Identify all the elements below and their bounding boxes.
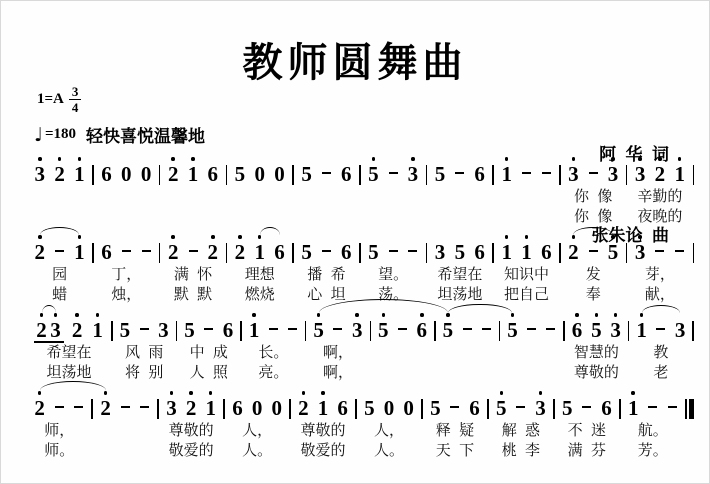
- lyric-verse-2: 将 别: [113, 363, 176, 383]
- dash-token: [53, 391, 65, 408]
- lyric-verse-1: 丁，: [94, 265, 159, 285]
- time-signature: 3 4: [69, 85, 82, 114]
- note-token: 6: [337, 391, 349, 419]
- lyric-verse-1: [93, 421, 157, 441]
- dash-token: [480, 313, 492, 330]
- note-token: 6: [474, 235, 486, 263]
- dash-token: [187, 235, 199, 252]
- dash-token: [655, 313, 667, 330]
- note-token: 2: [71, 313, 83, 341]
- lyric-verse-1: [361, 187, 426, 207]
- note-token: 6: [540, 235, 552, 263]
- note-token: 6: [474, 157, 486, 185]
- note-token: 5: [363, 391, 375, 419]
- dash-token: [138, 313, 150, 330]
- measure: 5: [500, 313, 563, 383]
- dash-token: [139, 391, 151, 408]
- slur: [448, 304, 513, 313]
- score-line-1: 321600216500565356133你 像你 像321辛勤的夜晚的: [27, 157, 694, 227]
- dash-token: [647, 391, 659, 408]
- measure: 600人，人。: [225, 391, 289, 461]
- lyric-verse-1: 教: [629, 343, 692, 363]
- dash-token: [654, 235, 666, 252]
- lyric-verse-1: 人，: [357, 421, 421, 441]
- lyric-verse-1: 尊敬的: [291, 421, 355, 441]
- lyric-verse-1: [427, 187, 492, 207]
- final-barline: [685, 399, 694, 419]
- note-token: 6: [340, 157, 352, 185]
- note-token: 1: [501, 235, 513, 263]
- note-token: 6: [101, 235, 113, 263]
- lyric-verse-2: 燃烧: [227, 285, 292, 305]
- lyric-verse-1: 智慧的: [565, 343, 628, 363]
- note-token: 2: [167, 157, 179, 185]
- note-token: 2: [234, 235, 246, 263]
- dash-token: [287, 313, 299, 330]
- note-token: 1: [205, 391, 217, 419]
- dash-token: [461, 313, 473, 330]
- lyric-verse-2: 师。: [27, 441, 91, 461]
- measure: 2321希望在坦荡地: [27, 313, 111, 383]
- note-token: 1: [501, 157, 513, 185]
- key-label: 1=A: [37, 91, 64, 108]
- note-token: 2: [34, 391, 46, 419]
- lyric-verse-2: [227, 207, 292, 227]
- lyric-verse-2: 人 照: [177, 363, 240, 383]
- lyric-verse-2: 敬爱的: [291, 441, 355, 461]
- note-token: 5: [367, 157, 379, 185]
- dash-token: [140, 235, 152, 252]
- note-token: 3: [674, 313, 686, 341]
- dash-token: [407, 235, 419, 252]
- note-token: 6: [469, 391, 481, 419]
- measure: 53啊，啊，: [306, 313, 369, 383]
- measure: 500人，人。: [357, 391, 421, 461]
- lyric-verse-2: 献，: [627, 285, 692, 305]
- measure: 13教老: [629, 313, 692, 383]
- lyric-verse-1: 不 迷: [555, 421, 619, 441]
- lyric-verse-1: [227, 187, 292, 207]
- lyric-verse-2: 人。: [225, 441, 289, 461]
- note-token: 3: [567, 157, 579, 185]
- lyric-verse-1: 长。: [242, 343, 305, 363]
- lyric-verse-2: [436, 363, 499, 383]
- lyric-verse-1: [160, 187, 225, 207]
- measure: 5望。荡。: [361, 235, 426, 305]
- measure: 53风 雨将 别: [113, 313, 176, 383]
- measure: 600: [94, 157, 159, 227]
- dash-token: [587, 235, 599, 252]
- measure: 22满 怀默 默: [160, 235, 225, 305]
- note-token: 5: [301, 235, 313, 263]
- note-token: 5: [183, 313, 195, 341]
- lyric-verse-2: 亮。: [242, 363, 305, 383]
- measure: 2: [93, 391, 157, 461]
- lyric-verse-1: 航。: [621, 421, 685, 441]
- lyric-verse-1: [27, 187, 92, 207]
- lyric-verse-2: 坦荡地: [427, 285, 492, 305]
- lyric-verse-1: 希望在: [427, 265, 492, 285]
- lyric-verse-2: [294, 207, 359, 227]
- note-token: 1: [627, 391, 639, 419]
- lyric-verse-2: 满 芬: [555, 441, 619, 461]
- note-token: 2: [100, 391, 112, 419]
- note-token: 1: [254, 235, 266, 263]
- lyric-verse-2: 把自己: [494, 285, 559, 305]
- slur: [260, 227, 280, 235]
- note-token: 1: [317, 391, 329, 419]
- lyric-verse-2: 默 默: [160, 285, 225, 305]
- note-token: 2: [34, 235, 46, 263]
- measure: 56中 成人 照: [177, 313, 240, 383]
- note-token: 3: [434, 235, 446, 263]
- rest-token: 0: [120, 157, 132, 185]
- lyric-verse-1: 尊敬的: [159, 421, 223, 441]
- measure: 321尊敬的敬爱的: [159, 391, 223, 461]
- note-token: 5: [442, 313, 454, 341]
- dash-token: [449, 391, 461, 408]
- lyric-verse-2: 心 坦: [294, 285, 359, 305]
- lyric-verse-1: [494, 187, 559, 207]
- lyric-verse-1: 知识中: [494, 265, 559, 285]
- rest-token: 0: [251, 391, 263, 419]
- lyric-verse-2: 敬爱的: [159, 441, 223, 461]
- notation-area: 321600216500565356133你 像你 像321辛勤的夜晚的21园蜡…: [27, 157, 694, 469]
- note-token: 6: [571, 313, 583, 341]
- lyric-verse-1: 芽，: [627, 265, 692, 285]
- lyric-verse-1: 辛勤的: [627, 187, 692, 207]
- measure: 21园蜡: [27, 235, 92, 305]
- note-token: 3: [351, 313, 363, 341]
- dash-token: [320, 235, 332, 252]
- lyric-verse-2: [361, 207, 426, 227]
- lyric-verse-2: 芳。: [621, 441, 685, 461]
- measure: 1: [494, 157, 559, 227]
- dash-token: [332, 313, 344, 330]
- lyric-verse-1: 园: [27, 265, 92, 285]
- rest-token: 0: [383, 391, 395, 419]
- lyric-verse-2: 坦荡地: [27, 363, 111, 383]
- measure: 216: [160, 157, 225, 227]
- lyric-verse-2: 夜晚的: [627, 207, 692, 227]
- note-token: 3: [166, 391, 178, 419]
- note-token: 6: [231, 391, 243, 419]
- lyric-verse-1: [94, 187, 159, 207]
- lyric-verse-2: [500, 363, 563, 383]
- lyric-verse-2: [94, 207, 159, 227]
- sheet-music-page: 教师圆舞曲 1=A 3 4 ♩ =180 轻快喜悦温馨地 阿 华 词 张朱论 曲…: [0, 0, 710, 484]
- rest-token: 0: [403, 391, 415, 419]
- note-token: 2: [54, 157, 66, 185]
- measure: 321: [27, 157, 92, 227]
- note-token: 3: [407, 157, 419, 185]
- lyric-verse-2: 老: [629, 363, 692, 383]
- note-token: 5: [119, 313, 131, 341]
- note-token: 5: [561, 391, 573, 419]
- note-token: 3: [634, 157, 646, 185]
- lyric-verse-1: 风 雨: [113, 343, 176, 363]
- measure: 653智慧的尊敬的: [565, 313, 628, 383]
- key-signature: 1=A 3 4: [37, 85, 81, 114]
- slur: [40, 227, 80, 235]
- rest-token: 0: [274, 157, 286, 185]
- measure: 56播 希心 坦: [294, 235, 359, 305]
- lyric-verse-1: 你 像: [561, 187, 626, 207]
- tempo-value: =180: [45, 126, 76, 143]
- score-line-2: 21园蜡6丁，烛，22满 怀默 默216理想燃烧56播 希心 坦5望。荡。356…: [27, 235, 694, 305]
- measure: 2师，师。: [27, 391, 91, 461]
- note-token: 5: [301, 157, 313, 185]
- lyric-verse-1: 中 成: [177, 343, 240, 363]
- note-token: 1: [636, 313, 648, 341]
- lyric-verse-2: 尊敬的: [565, 363, 628, 383]
- note-token: 6: [340, 235, 352, 263]
- note-token: 5: [377, 313, 389, 341]
- note-token: 3: [634, 235, 646, 263]
- measure: 53: [361, 157, 426, 227]
- dash-token: [397, 313, 409, 330]
- quarter-note-icon: ♩: [34, 125, 43, 145]
- note-token: 5: [434, 157, 446, 185]
- lyric-verse-1: 释 疑: [423, 421, 487, 441]
- lyric-verse-1: 发: [561, 265, 626, 285]
- lyric-verse-2: [427, 207, 492, 227]
- dash-token: [387, 235, 399, 252]
- slur: [573, 227, 613, 235]
- lyric-verse-1: 希望在: [27, 343, 111, 363]
- lyric-verse-2: 蜡: [27, 285, 92, 305]
- dash-token: [119, 391, 131, 408]
- lyric-verse-2: [93, 441, 157, 461]
- rest-token: 0: [254, 157, 266, 185]
- lyric-verse-2: 奉: [561, 285, 626, 305]
- note-token: 3: [607, 157, 619, 185]
- measure: 1长。亮。: [242, 313, 305, 383]
- note-token: 6: [600, 391, 612, 419]
- note-token: 2: [36, 313, 48, 341]
- measure: 56: [371, 313, 434, 383]
- note-token: 5: [495, 391, 507, 419]
- lyric-verse-2: 天 下: [423, 441, 487, 461]
- note-token: 3: [50, 313, 62, 341]
- note-token: 3: [34, 157, 46, 185]
- note-token: 2: [567, 235, 579, 263]
- note-token: 5: [313, 313, 325, 341]
- measure: 321辛勤的夜晚的: [627, 157, 692, 227]
- beam-group: 23: [34, 313, 64, 343]
- lyric-verse-2: [27, 207, 92, 227]
- note-token: 1: [73, 235, 85, 263]
- barline: [693, 165, 695, 185]
- song-title: 教师圆舞曲: [1, 31, 709, 88]
- note-token: 5: [506, 313, 518, 341]
- note-token: 5: [454, 235, 466, 263]
- dash-token: [581, 391, 593, 408]
- barline: [692, 321, 694, 341]
- lyric-verse-2: 啊，: [306, 363, 369, 383]
- note-token: 2: [185, 391, 197, 419]
- note-token: 2: [654, 157, 666, 185]
- measure: 33你 像你 像: [561, 157, 626, 227]
- measure: 56: [427, 157, 492, 227]
- note-token: 1: [674, 157, 686, 185]
- time-signature-numerator: 3: [69, 85, 82, 100]
- dash-token: [203, 313, 215, 330]
- note-token: 3: [610, 313, 622, 341]
- measure: 116知识中把自己: [494, 235, 559, 305]
- measure: 56释 疑天 下: [423, 391, 487, 461]
- lyric-verse-1: 人，: [225, 421, 289, 441]
- lyric-verse-1: 解 惑: [489, 421, 553, 441]
- lyric-verse-1: 满 怀: [160, 265, 225, 285]
- measure: 5: [436, 313, 499, 383]
- measure: 3芽，献，: [627, 235, 692, 305]
- dash-token: [526, 313, 538, 330]
- tempo-marking: ♩ =180 轻快喜悦温馨地: [34, 122, 205, 147]
- measure: 216理想燃烧: [227, 235, 292, 305]
- lyric-verse-2: 烛，: [94, 285, 159, 305]
- tempo-expression: 轻快喜悦温馨地: [86, 122, 205, 147]
- dash-token: [73, 391, 85, 408]
- note-token: 5: [590, 313, 602, 341]
- lyric-verse-1: [294, 187, 359, 207]
- score-line-3: 2321希望在坦荡地53风 雨将 别56中 成人 照1长。亮。53啊，啊，565…: [27, 313, 694, 383]
- note-token: 1: [92, 313, 104, 341]
- measure: 56不 迷满 芬: [555, 391, 619, 461]
- lyric-verse-1: 理想: [227, 265, 292, 285]
- note-token: 6: [416, 313, 428, 341]
- note-token: 3: [535, 391, 547, 419]
- dash-token: [320, 157, 332, 174]
- note-token: 1: [521, 235, 533, 263]
- dash-token: [674, 235, 686, 252]
- note-token: 1: [248, 313, 260, 341]
- measure: 1航。芳。: [621, 391, 685, 461]
- lyric-verse-1: 播 希: [294, 265, 359, 285]
- time-signature-denominator: 4: [72, 100, 79, 114]
- lyric-verse-2: 你 像: [561, 207, 626, 227]
- dash-token: [515, 391, 527, 408]
- note-token: 5: [429, 391, 441, 419]
- note-token: 2: [207, 235, 219, 263]
- lyric-verse-1: [436, 343, 499, 363]
- measure: 500: [227, 157, 292, 227]
- note-token: 2: [297, 391, 309, 419]
- barline: [693, 243, 695, 263]
- measure: 56: [294, 157, 359, 227]
- dash-token: [587, 157, 599, 174]
- dash-token: [120, 235, 132, 252]
- dash-token: [267, 313, 279, 330]
- rest-token: 0: [271, 391, 283, 419]
- lyric-verse-2: [371, 363, 434, 383]
- slur: [42, 305, 56, 313]
- dash-token: [666, 391, 678, 408]
- measure: 6丁，烛，: [94, 235, 159, 305]
- note-token: 1: [73, 157, 85, 185]
- dash-token: [521, 157, 533, 174]
- lyric-verse-2: 荡。: [361, 285, 426, 305]
- slur: [642, 305, 681, 313]
- lyric-verse-2: 人。: [357, 441, 421, 461]
- dash-token: [540, 157, 552, 174]
- note-token: 6: [274, 235, 286, 263]
- lyric-verse-1: 望。: [361, 265, 426, 285]
- rest-token: 0: [140, 157, 152, 185]
- note-token: 6: [222, 313, 234, 341]
- note-token: 5: [234, 157, 246, 185]
- lyric-verse-2: [160, 207, 225, 227]
- lyric-verse-1: 啊，: [306, 343, 369, 363]
- note-token: 6: [207, 157, 219, 185]
- dash-token: [387, 157, 399, 174]
- note-token: 2: [167, 235, 179, 263]
- lyric-verse-2: 桃 李: [489, 441, 553, 461]
- note-token: 3: [157, 313, 169, 341]
- measure: 53解 惑桃 李: [489, 391, 553, 461]
- lyric-verse-1: [500, 343, 563, 363]
- measure: 25发奉: [561, 235, 626, 305]
- note-token: 1: [187, 157, 199, 185]
- note-token: 5: [607, 235, 619, 263]
- note-token: 6: [101, 157, 113, 185]
- note-token: 5: [367, 235, 379, 263]
- lyric-verse-2: [494, 207, 559, 227]
- score-line-4: 2师，师。2321尊敬的敬爱的600人，人。216尊敬的敬爱的500人，人。56…: [27, 391, 694, 461]
- lyric-verse-1: 师，: [27, 421, 91, 441]
- lyric-verse-1: [371, 343, 434, 363]
- dash-token: [545, 313, 557, 330]
- dash-token: [454, 157, 466, 174]
- dash-token: [54, 235, 66, 252]
- measure: 216尊敬的敬爱的: [291, 391, 355, 461]
- measure: 356希望在坦荡地: [427, 235, 492, 305]
